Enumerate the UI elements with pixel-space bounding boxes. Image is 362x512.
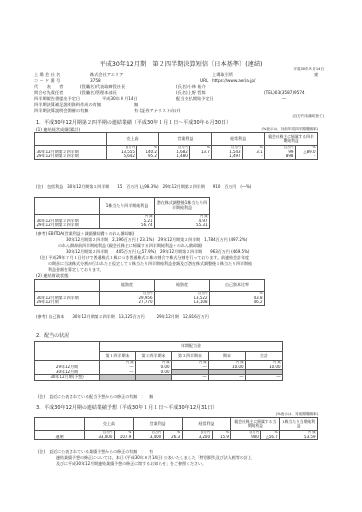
dividends-table: 年間配当金 第１四半期末 第２四半期末 第３四半期末 期末 合計 円 銭 円 銭…: [34, 341, 283, 381]
forecast-note-3: 及びに平成30年12月期連結業績予想の修正に関するお知らせ」をご参照ください。: [56, 461, 206, 466]
section3-title: 3．平成30年12月期の連結業績予想（平成30年１月１日～平成30年12月31日…: [36, 405, 217, 411]
url-link[interactable]: https://www.aeria.jp/: [212, 78, 255, 83]
pre-goodwill-ref: のれん償却前四半期純利益 (親会社株主に帰属する四半期純利益＋のれん償却額): [58, 243, 202, 248]
operating-results-table: 売上高 営業利益 経常利益 親会社株主に帰属する四半期純利益 百万円% 百万円%…: [34, 132, 318, 160]
section1-sub2: (2) 連結財政状態: [36, 273, 68, 278]
url-label: URL: [200, 78, 208, 83]
ebitda-values: 30年12月期第２四半期 2,196百万円 ( 23.1%) 29年12月期第２…: [66, 237, 247, 242]
rounding-note: (百万円未満切捨て): [292, 114, 324, 118]
header-fc-operating: 営業利益: [133, 418, 182, 431]
header-diluted-eps: 潜在株式調整後1株当たり四半期純利益: [155, 198, 210, 215]
exchange-label: 上場取引所: [212, 72, 233, 77]
table-row: 29年12月期 27,770 13,108 46.2: [35, 300, 265, 305]
dividend-note: (注) 直近に公表されている配当予想からの修正の有無 ： 無: [38, 394, 153, 399]
eps-table: 1株当たり四半期純利益 潜在株式調整後1株当たり四半期純利益 円 銭 円 銭 3…: [34, 197, 210, 229]
section3-pct-note: (%表示は、対前期増減率): [276, 412, 318, 416]
split-note-1: (注) 平成29年７月１日付けで普通株式１株につき普通株式２株の割合で株式分割を…: [40, 255, 249, 260]
briefing-label: 四半期決算説明会開催の有無: [34, 108, 88, 113]
header-fc-sales: 売上高: [84, 418, 133, 431]
rep-name: (氏名)小林 祐介: [176, 84, 206, 89]
report-date: 平成30年８月14日: [102, 96, 138, 101]
table-row: 29年12月期第２四半期 5,642 95.2 1,480 - 1,497 - …: [35, 154, 318, 159]
table-row: 30年12月期(予想) ― ― ―: [35, 375, 283, 381]
header-equity-ratio: 自己資本比率: [210, 280, 265, 292]
forecast-note-2: 連結業績予想の修正については、本日 (平成30年８月14日) 公表いたしました「…: [56, 455, 252, 460]
company-name: 株式会社アエリア: [90, 72, 123, 77]
header-fc-net: 親会社株主に帰属する当期純利益: [231, 418, 280, 431]
header-total-assets: 総資産: [100, 280, 155, 292]
header-year-end: 期末: [209, 352, 246, 361]
dividend-date-label: 配当支払開始予定日: [176, 96, 214, 101]
contact-name: (氏名)上野 哲郎: [176, 90, 206, 95]
code-value: 3758: [90, 78, 101, 83]
supp-label: 四半期決算補足説明資料作成の有無: [34, 102, 101, 107]
contact-title: (役職名)管理本部長: [80, 90, 117, 95]
rep-title: (役職名)代表取締役社長: [80, 84, 125, 89]
contact-tel: (TEL)03(3587)9574: [264, 90, 305, 95]
split-note-2: の期首に当該株式分割が行われたと仮定して１株当たり四半期純利益金額及び潜在株式調…: [48, 261, 252, 266]
header-ordinary-profit: 経常利益: [212, 133, 265, 146]
ebitda-ref: (参考) EBITDA(営業利益＋減価償却費＋のれん償却額): [36, 231, 134, 236]
header-sales: 売上高: [106, 133, 159, 146]
section2-title: 2．配当の状況: [36, 333, 69, 339]
section1-pct-note: (%表示は、対前年同四半期増減率): [261, 127, 318, 131]
comprehensive-income-note: (注) 包括利益 30年12月期第２四半期 15 百万円 (△98.3%) 29…: [36, 184, 251, 189]
corner-cell: [35, 133, 107, 146]
header-q2: 第２四半期末: [136, 352, 172, 361]
header-net-assets: 純資産: [155, 280, 210, 292]
exchange-value: 東: [314, 72, 318, 77]
publish-date: 平成30年８月14日: [293, 67, 324, 71]
table-row: 通期 33,000 107.9 3,400 26.3 3,200 15.9 90…: [35, 435, 318, 440]
supp-value: 無: [134, 102, 138, 107]
table-row: 29年12月期第２四半期 56.74 55.31: [35, 223, 210, 228]
header-eps: 1株当たり四半期純利益: [100, 198, 155, 215]
header-operating-profit: 営業利益: [159, 133, 212, 146]
pre-goodwill-values: 30年12月期第２四半期 405百万円 (△57.9%) 29年12月期第２四半…: [66, 249, 249, 254]
header-annual-dividend: 年間配当金: [100, 342, 283, 352]
header-net-profit: 親会社株主に帰属する四半期純利益: [265, 133, 318, 146]
company-name-label: 上 場 会 社 名: [34, 72, 60, 77]
rep-label: 代 表 者: [34, 84, 63, 89]
dividend-date: ―: [282, 96, 286, 101]
briefing-value: 有 (証券アナリスト向け): [134, 108, 180, 113]
header-q1: 第１四半期末: [100, 352, 136, 361]
header-fc-eps: 1株当たり当期純利益: [280, 418, 318, 431]
contact-label: 問合せ先責任者: [34, 90, 63, 95]
header-total: 合計: [246, 352, 283, 361]
section1-title: 1．平成30年12月期第２四半期の連結業績（平成30年１月１日～平成30年６月3…: [36, 120, 231, 126]
header-q3: 第３四半期末: [172, 352, 209, 361]
header-fc-ordinary: 経常利益: [182, 418, 231, 431]
financial-position-table: 総資産 純資産 自己資本比率 百万円 百万円 % 30年12月期第２四半期 29…: [34, 279, 265, 306]
forecast-note-1: (注) 直近に公表されている業績予想からの修正の有無 ： 有: [38, 449, 153, 454]
forecast-table: 売上高 営業利益 経常利益 親会社株主に帰属する当期純利益 1株当たり当期純利益…: [34, 417, 318, 440]
equity-note: (参考) 自己資本 30年12月期第２四半期 13,125百万円 29年12月期…: [36, 314, 209, 319]
report-date-label: 四半期報告書提出予定日: [34, 96, 80, 101]
split-note-3: 利益金額を算定しております。: [48, 267, 104, 272]
code-label: コ ー ド 番 号: [34, 78, 60, 83]
